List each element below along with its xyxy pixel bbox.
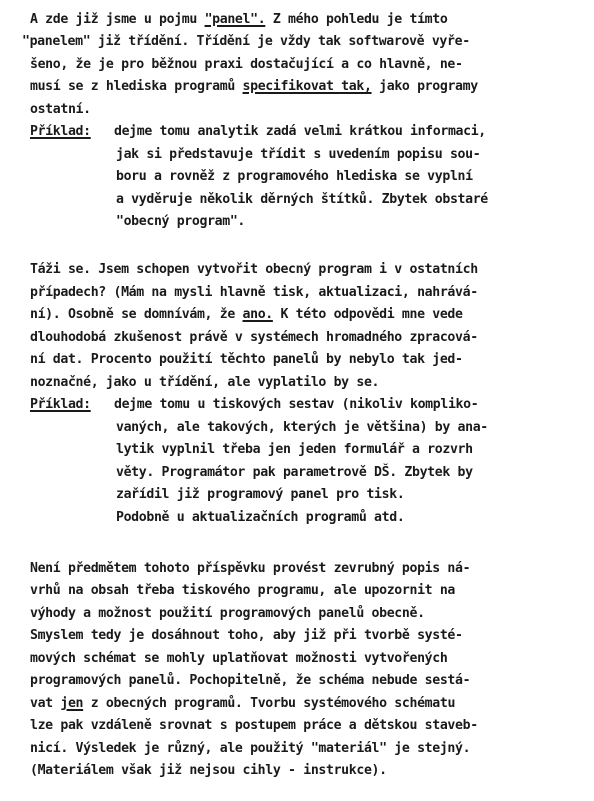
paragraph-3-line-3: výhody a možnost použití programových pa…	[30, 606, 425, 622]
paragraph-3-line-5: mových schémat se mohly uplatňovat možno…	[30, 651, 447, 667]
paragraph-2-line-2: případech? (Mám na mysli hlavně tisk, ak…	[30, 285, 478, 301]
paragraph-3-line-7: vat jen z obecných programů. Tvorbu syst…	[30, 696, 455, 712]
example-1-line-4: a vyděruje několik děrných štítků. Zbyte…	[116, 192, 488, 208]
underlined-phrase: specifikovat tak,	[243, 79, 372, 94]
example-2-line-2: vaných, ale takových, kterých je většina…	[116, 420, 488, 436]
text: Z mého pohledu je tímto	[265, 12, 447, 27]
paragraph-1-line-5: ostatní.	[30, 102, 91, 118]
example-2-line-4: věty. Programátor pak parametrově DŠ. Zb…	[116, 465, 473, 481]
paragraph-2-line-3: ní). Osobně se domnívám, že ano. K této …	[30, 307, 463, 323]
text: K této odpovědi mne vede	[273, 307, 463, 322]
example-2-line-1: dejme tomu u tiskových sestav (nikoliv k…	[114, 397, 478, 413]
example-1-line-3: boru a rovněž z programového hlediska se…	[116, 169, 473, 185]
example-1-label: Příklad:	[30, 124, 91, 140]
example-2-line-5: zařídil již programový panel pro tisk.	[116, 487, 404, 503]
paragraph-3-line-6: programových panelů. Pochopitelně, že sc…	[30, 673, 470, 689]
example-1-line-5: "obecný program".	[116, 214, 245, 230]
underlined-word-jen: jen	[60, 696, 83, 711]
paragraph-3-line-1: Není předmětem tohoto příspěvku provést …	[30, 561, 470, 577]
text: musí se z hlediska programů	[30, 79, 243, 94]
paragraph-2-line-1: Táži se. Jsem schopen vytvořit obecný pr…	[30, 262, 478, 278]
paragraph-1-line-1: A zde již jsme u pojmu "panel". Z mého p…	[30, 12, 447, 28]
text: ní). Osobně se domnívám, že	[30, 307, 243, 322]
example-2-line-3: lytik vyplnil třeba jen jeden formulář a…	[116, 442, 473, 458]
paragraph-1-line-2: "panelem" již třídění. Třídění je vždy t…	[22, 34, 470, 50]
paragraph-3-line-2: vrhů na obsah třeba tiskového programu, …	[30, 583, 455, 599]
paragraph-3-line-8: lze pak vzdáleně srovnat s postupem prác…	[30, 718, 478, 734]
text: vat	[30, 696, 60, 711]
paragraph-3-line-4: Smyslem tedy je dosáhnout toho, aby již …	[30, 628, 463, 644]
paragraph-3-line-10: (Materiálem však již nejsou cihly - inst…	[30, 763, 387, 779]
example-1-line-1: dejme tomu analytik zadá velmi krátkou i…	[114, 124, 486, 140]
example-2-label: Příklad:	[30, 397, 91, 413]
text: A zde již jsme u pojmu	[30, 12, 205, 27]
example-1-line-2: jak si představuje třídit s uvedením pop…	[116, 147, 480, 163]
paragraph-2-line-4: dlouhodobá zkušenost právě v systémech h…	[30, 330, 478, 346]
underlined-term-panel: "panel".	[205, 12, 266, 27]
paragraph-2-line-5: ní dat. Procento použití těchto panelů b…	[30, 352, 463, 368]
text: z obecných programů. Tvorbu systémového …	[83, 696, 455, 711]
example-2-line-6: Podobně u aktualizačních programů atd.	[116, 510, 404, 526]
paragraph-1-line-4: musí se z hlediska programů specifikovat…	[30, 79, 478, 95]
underlined-answer: ano.	[243, 307, 273, 322]
paragraph-2-line-6: noznačné, jako u třídění, ale vyplatilo …	[30, 375, 379, 391]
paragraph-3-line-9: nicí. Výsledek je různý, ale použitý "ma…	[30, 741, 470, 757]
typewritten-page: A zde již jsme u pojmu "panel". Z mého p…	[0, 0, 594, 801]
paragraph-1-line-3: šeno, že je pro běžnou praxi dostačující…	[30, 57, 463, 73]
text: jako programy	[372, 79, 478, 94]
